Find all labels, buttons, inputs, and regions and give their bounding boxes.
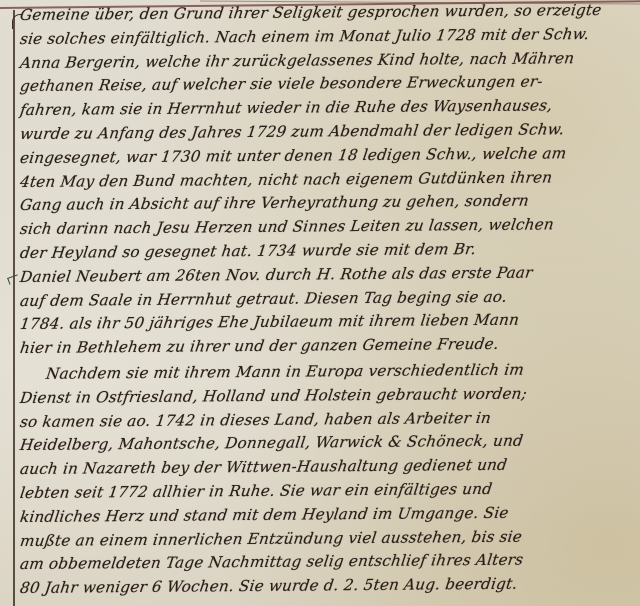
manuscript-text-block: Gemeine über, den Grund ihrer Seligkeit … [20, 4, 638, 601]
manuscript-page: Gemeine über, den Grund ihrer Seligkeit … [0, 0, 640, 606]
margin-tick-mark [7, 274, 20, 284]
text-line: hier in Bethlehem zu ihrer und der ganze… [18, 332, 640, 361]
text-line: 80 Jahr weniger 6 Wochen. Sie wurde d. 2… [18, 572, 640, 601]
left-margin-line [13, 10, 15, 606]
